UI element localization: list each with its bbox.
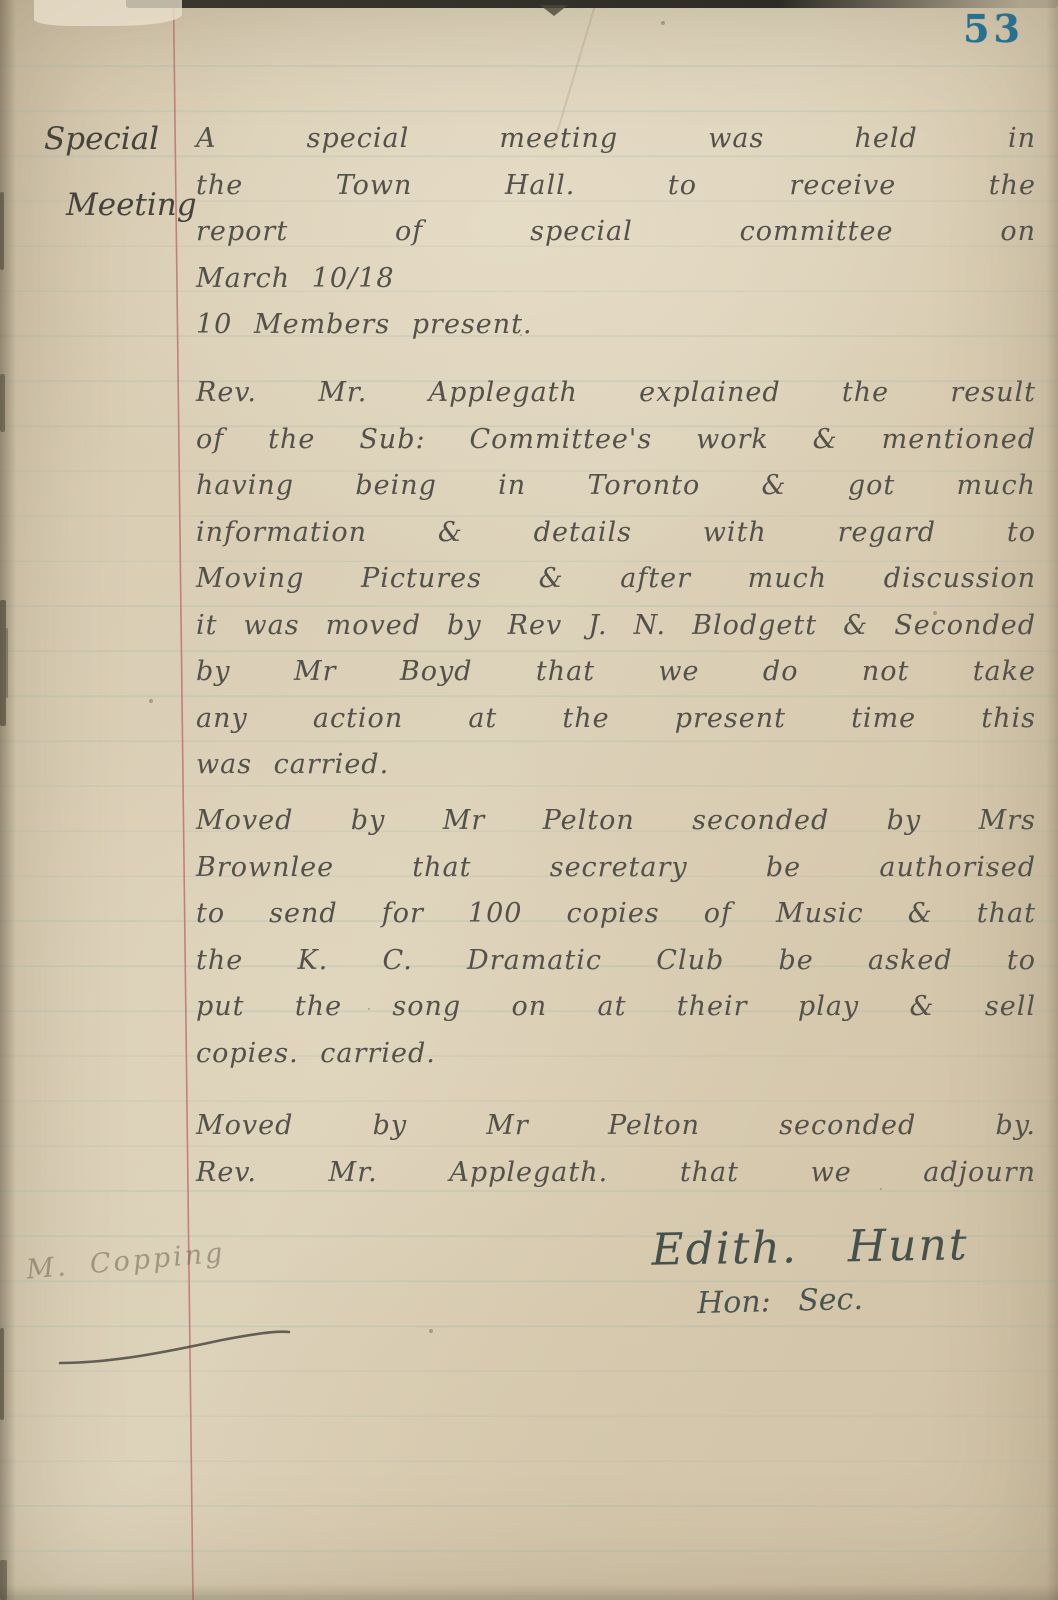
handwritten-line: A special meeting was held in: [196, 116, 1036, 163]
margin-note: Special Meeting: [44, 106, 197, 238]
handwritten-line: Brownlee that secretary be authorised: [196, 845, 1036, 892]
torn-corner-highlight: [34, 0, 182, 26]
bottom-edge-shade: [0, 1584, 1058, 1600]
handwritten-line: Rev. Mr. Applegath. that we adjourn: [196, 1150, 1036, 1197]
handwritten-line: the K. C. Dramatic Club be asked to: [196, 938, 1036, 985]
binding-mark: [0, 374, 5, 432]
minutes-paragraph: Moved by Mr Pelton seconded by. Rev. Mr.…: [196, 1103, 1036, 1196]
paper-specks: [0, 0, 2, 2]
handwritten-line: 10 Members present.: [196, 302, 1036, 349]
page-top-notch: [540, 5, 568, 16]
binding-mark: [0, 1328, 4, 1420]
handwritten-line: Rev. Mr. Applegath explained the result: [196, 370, 1036, 417]
red-margin-line: [174, 0, 194, 1600]
margin-note-line: Special: [44, 106, 197, 172]
handwritten-line: the Town Hall. to receive the: [196, 163, 1036, 210]
minutes-paragraph: A special meeting was held in the Town H…: [196, 116, 1036, 349]
handwritten-line: put the song on at their play & sell: [196, 984, 1036, 1031]
binding-mark: [6, 628, 8, 698]
margin-note-line: Meeting: [66, 172, 197, 238]
page-top-edge: [126, 0, 1058, 8]
handwritten-line: report of special committee on: [196, 209, 1036, 256]
notebook-page: 53 Special Meeting A special meeting was…: [0, 0, 1058, 1600]
binding-mark: [0, 192, 4, 270]
handwritten-line: Moved by Mr Pelton seconded by Mrs: [196, 798, 1036, 845]
handwritten-line: having being in Toronto & got much: [196, 463, 1036, 510]
secretary-signature: Edith. Hunt: [590, 1218, 1031, 1277]
handwritten-line: Moved by Mr Pelton seconded by.: [196, 1103, 1036, 1150]
handwritten-line: Moving Pictures & after much discussion: [196, 556, 1036, 603]
secretary-title: Hon: Sec.: [640, 1280, 921, 1322]
handwritten-line: copies. carried.: [196, 1031, 1036, 1078]
handwritten-line: information & details with regard to: [196, 510, 1036, 557]
handwritten-line: of the Sub: Committee's work & mentioned: [196, 417, 1036, 464]
page-number: 53: [963, 6, 1024, 51]
binding-mark: [0, 1560, 7, 1600]
minutes-paragraph: Rev. Mr. Applegath explained the result …: [196, 370, 1036, 789]
handwritten-line: was carried.: [196, 742, 1036, 789]
handwritten-line: by Mr Boyd that we do not take: [196, 649, 1036, 696]
handwritten-line: any action at the present time this: [196, 696, 1036, 743]
handwritten-line: it was moved by Rev J. N. Blodgett & Sec…: [196, 603, 1036, 650]
handwritten-line: to send for 100 copies of Music & that: [196, 891, 1036, 938]
pen-flourish: [60, 1332, 289, 1363]
minutes-paragraph: Moved by Mr Pelton seconded by Mrs Brown…: [196, 798, 1036, 1077]
right-edge-shade: [1046, 0, 1058, 1600]
handwritten-line: March 10/18: [196, 256, 1036, 303]
